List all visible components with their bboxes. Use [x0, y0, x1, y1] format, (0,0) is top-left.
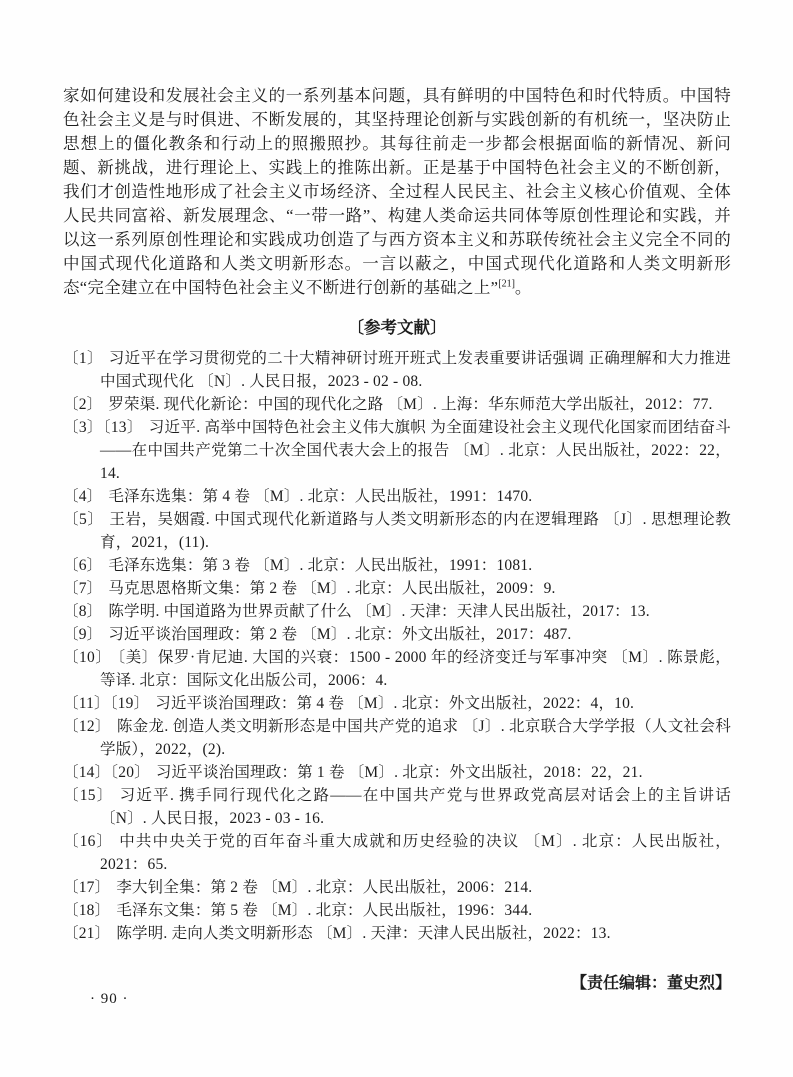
reference-text: 罗荣渠. 现代化新论：中国的现代化之路 〔M〕. 上海：华东师范大学出版社，20…: [108, 396, 712, 413]
reference-label: 〔3〕〔13〕: [63, 419, 143, 436]
reference-text: 李大钊全集：第 2 卷 〔M〕. 北京：人民出版社，2006：214.: [116, 879, 532, 896]
page-number: · 90 ·: [90, 991, 129, 1008]
responsible-editor-note: 【责任编辑：董史烈】: [63, 970, 731, 993]
reference-text: 习近平谈治国理政：第 4 卷 〔M〕. 北京：外文出版社，2022：4，10.: [155, 695, 634, 712]
reference-item: 〔3〕〔13〕习近平. 高举中国特色社会主义伟大旗帜 为全面建设社会主义现代化国…: [63, 416, 731, 485]
reference-label: 〔21〕: [63, 925, 110, 942]
reference-label: 〔8〕: [63, 603, 102, 620]
reference-label: 〔17〕: [63, 879, 110, 896]
reference-label: 〔12〕: [63, 718, 111, 735]
reference-label: 〔10〕: [63, 649, 111, 666]
reference-text: 〔美〕保罗·肯尼迪. 大国的兴衰：1500 - 2000 年的经济变迁与军事冲突…: [100, 649, 731, 689]
reference-label: 〔6〕: [63, 557, 102, 574]
reference-label: 〔16〕: [63, 833, 113, 850]
references-heading: 〔参考文献〕: [63, 314, 731, 338]
reference-text: 毛泽东文集：第 5 卷 〔M〕. 北京：人民出版社，1996：344.: [116, 902, 532, 919]
reference-text: 毛泽东选集：第 4 卷 〔M〕. 北京：人民出版社，1991：1470.: [108, 488, 532, 505]
reference-label: 〔4〕: [63, 488, 102, 505]
reference-item: 〔10〕〔美〕保罗·肯尼迪. 大国的兴衰：1500 - 2000 年的经济变迁与…: [63, 646, 731, 692]
reference-label: 〔1〕: [63, 350, 103, 367]
page-content: 家如何建设和发展社会主义的一系列基本问题，具有鲜明的中国特色和时代特质。中国特色…: [63, 84, 731, 993]
body-paragraph: 家如何建设和发展社会主义的一系列基本问题，具有鲜明的中国特色和时代特质。中国特色…: [63, 84, 731, 300]
reference-label: 〔7〕: [63, 580, 102, 597]
reference-text: 王岩，吴姻霞. 中国式现代化新道路与人类文明新形态的内在逻辑理路 〔J〕. 思想…: [100, 511, 731, 551]
reference-item: 〔7〕马克思恩格斯文集：第 2 卷 〔M〕. 北京：人民出版社，2009：9.: [63, 577, 731, 600]
body-paragraph-text: 家如何建设和发展社会主义的一系列基本问题，具有鲜明的中国特色和时代特质。中国特色…: [63, 86, 731, 297]
reference-item: 〔12〕陈金龙. 创造人类文明新形态是中国共产党的追求 〔J〕. 北京联合大学学…: [63, 715, 731, 761]
reference-text: 陈学明. 走向人类文明新形态 〔M〕. 天津：天津人民出版社，2022：13.: [116, 925, 610, 942]
reference-label: 〔15〕: [63, 787, 114, 804]
reference-text: 习近平谈治国理政：第 1 卷 〔M〕. 北京：外文出版社，2018：22，21.: [156, 764, 643, 781]
reference-text: 习近平. 携手同行现代化之路——在中国共产党与世界政党高层对话会上的主旨讲话 〔…: [100, 787, 731, 827]
citation-superscript: [21]: [498, 279, 515, 290]
reference-label: 〔18〕: [63, 902, 110, 919]
reference-text: 习近平. 高举中国特色社会主义伟大旗帜 为全面建设社会主义现代化国家而团结奋斗—…: [100, 419, 731, 482]
reference-text: 马克思恩格斯文集：第 2 卷 〔M〕. 北京：人民出版社，2009：9.: [108, 580, 555, 597]
reference-item: 〔21〕陈学明. 走向人类文明新形态 〔M〕. 天津：天津人民出版社，2022：…: [63, 922, 731, 945]
reference-item: 〔2〕罗荣渠. 现代化新论：中国的现代化之路 〔M〕. 上海：华东师范大学出版社…: [63, 393, 731, 416]
reference-text: 中共中央关于党的百年奋斗重大成就和历史经验的决议 〔M〕. 北京：人民出版社，2…: [100, 833, 731, 873]
reference-item: 〔1〕习近平在学习贯彻党的二十大精神研讨班开班式上发表重要讲话强调 正确理解和大…: [63, 347, 731, 393]
reference-label: 〔11〕〔19〕: [63, 695, 149, 712]
reference-item: 〔14〕〔20〕习近平谈治国理政：第 1 卷 〔M〕. 北京：外文出版社，201…: [63, 761, 731, 784]
reference-text: 陈金龙. 创造人类文明新形态是中国共产党的追求 〔J〕. 北京联合大学学报（人文…: [100, 718, 731, 758]
reference-item: 〔4〕毛泽东选集：第 4 卷 〔M〕. 北京：人民出版社，1991：1470.: [63, 485, 731, 508]
reference-label: 〔14〕〔20〕: [63, 764, 150, 781]
reference-item: 〔6〕毛泽东选集：第 3 卷 〔M〕. 北京：人民出版社，1991：1081.: [63, 554, 731, 577]
body-paragraph-period: 。: [515, 278, 532, 297]
reference-text: 陈学明. 中国道路为世界贡献了什么 〔M〕. 天津：天津人民出版社，2017：1…: [108, 603, 649, 620]
reference-item: 〔9〕习近平谈治国理政：第 2 卷 〔M〕. 北京：外文出版社，2017：487…: [63, 623, 731, 646]
paper-page: 家如何建设和发展社会主义的一系列基本问题，具有鲜明的中国特色和时代特质。中国特色…: [0, 0, 793, 1077]
reference-item: 〔16〕中共中央关于党的百年奋斗重大成就和历史经验的决议 〔M〕. 北京：人民出…: [63, 830, 731, 876]
reference-label: 〔9〕: [63, 626, 102, 643]
reference-item: 〔5〕王岩，吴姻霞. 中国式现代化新道路与人类文明新形态的内在逻辑理路 〔J〕.…: [63, 508, 731, 554]
reference-item: 〔8〕陈学明. 中国道路为世界贡献了什么 〔M〕. 天津：天津人民出版社，201…: [63, 600, 731, 623]
reference-item: 〔17〕李大钊全集：第 2 卷 〔M〕. 北京：人民出版社，2006：214.: [63, 876, 731, 899]
reference-item: 〔15〕习近平. 携手同行现代化之路——在中国共产党与世界政党高层对话会上的主旨…: [63, 784, 731, 830]
reference-label: 〔2〕: [63, 396, 102, 413]
reference-text: 毛泽东选集：第 3 卷 〔M〕. 北京：人民出版社，1991：1081.: [108, 557, 532, 574]
references-list: 〔1〕习近平在学习贯彻党的二十大精神研讨班开班式上发表重要讲话强调 正确理解和大…: [63, 347, 731, 945]
reference-item: 〔18〕毛泽东文集：第 5 卷 〔M〕. 北京：人民出版社，1996：344.: [63, 899, 731, 922]
reference-item: 〔11〕〔19〕习近平谈治国理政：第 4 卷 〔M〕. 北京：外文出版社，202…: [63, 692, 731, 715]
reference-text: 习近平谈治国理政：第 2 卷 〔M〕. 北京：外文出版社，2017：487.: [108, 626, 571, 643]
reference-label: 〔5〕: [63, 511, 103, 528]
reference-text: 习近平在学习贯彻党的二十大精神研讨班开班式上发表重要讲话强调 正确理解和大力推进…: [100, 350, 731, 390]
